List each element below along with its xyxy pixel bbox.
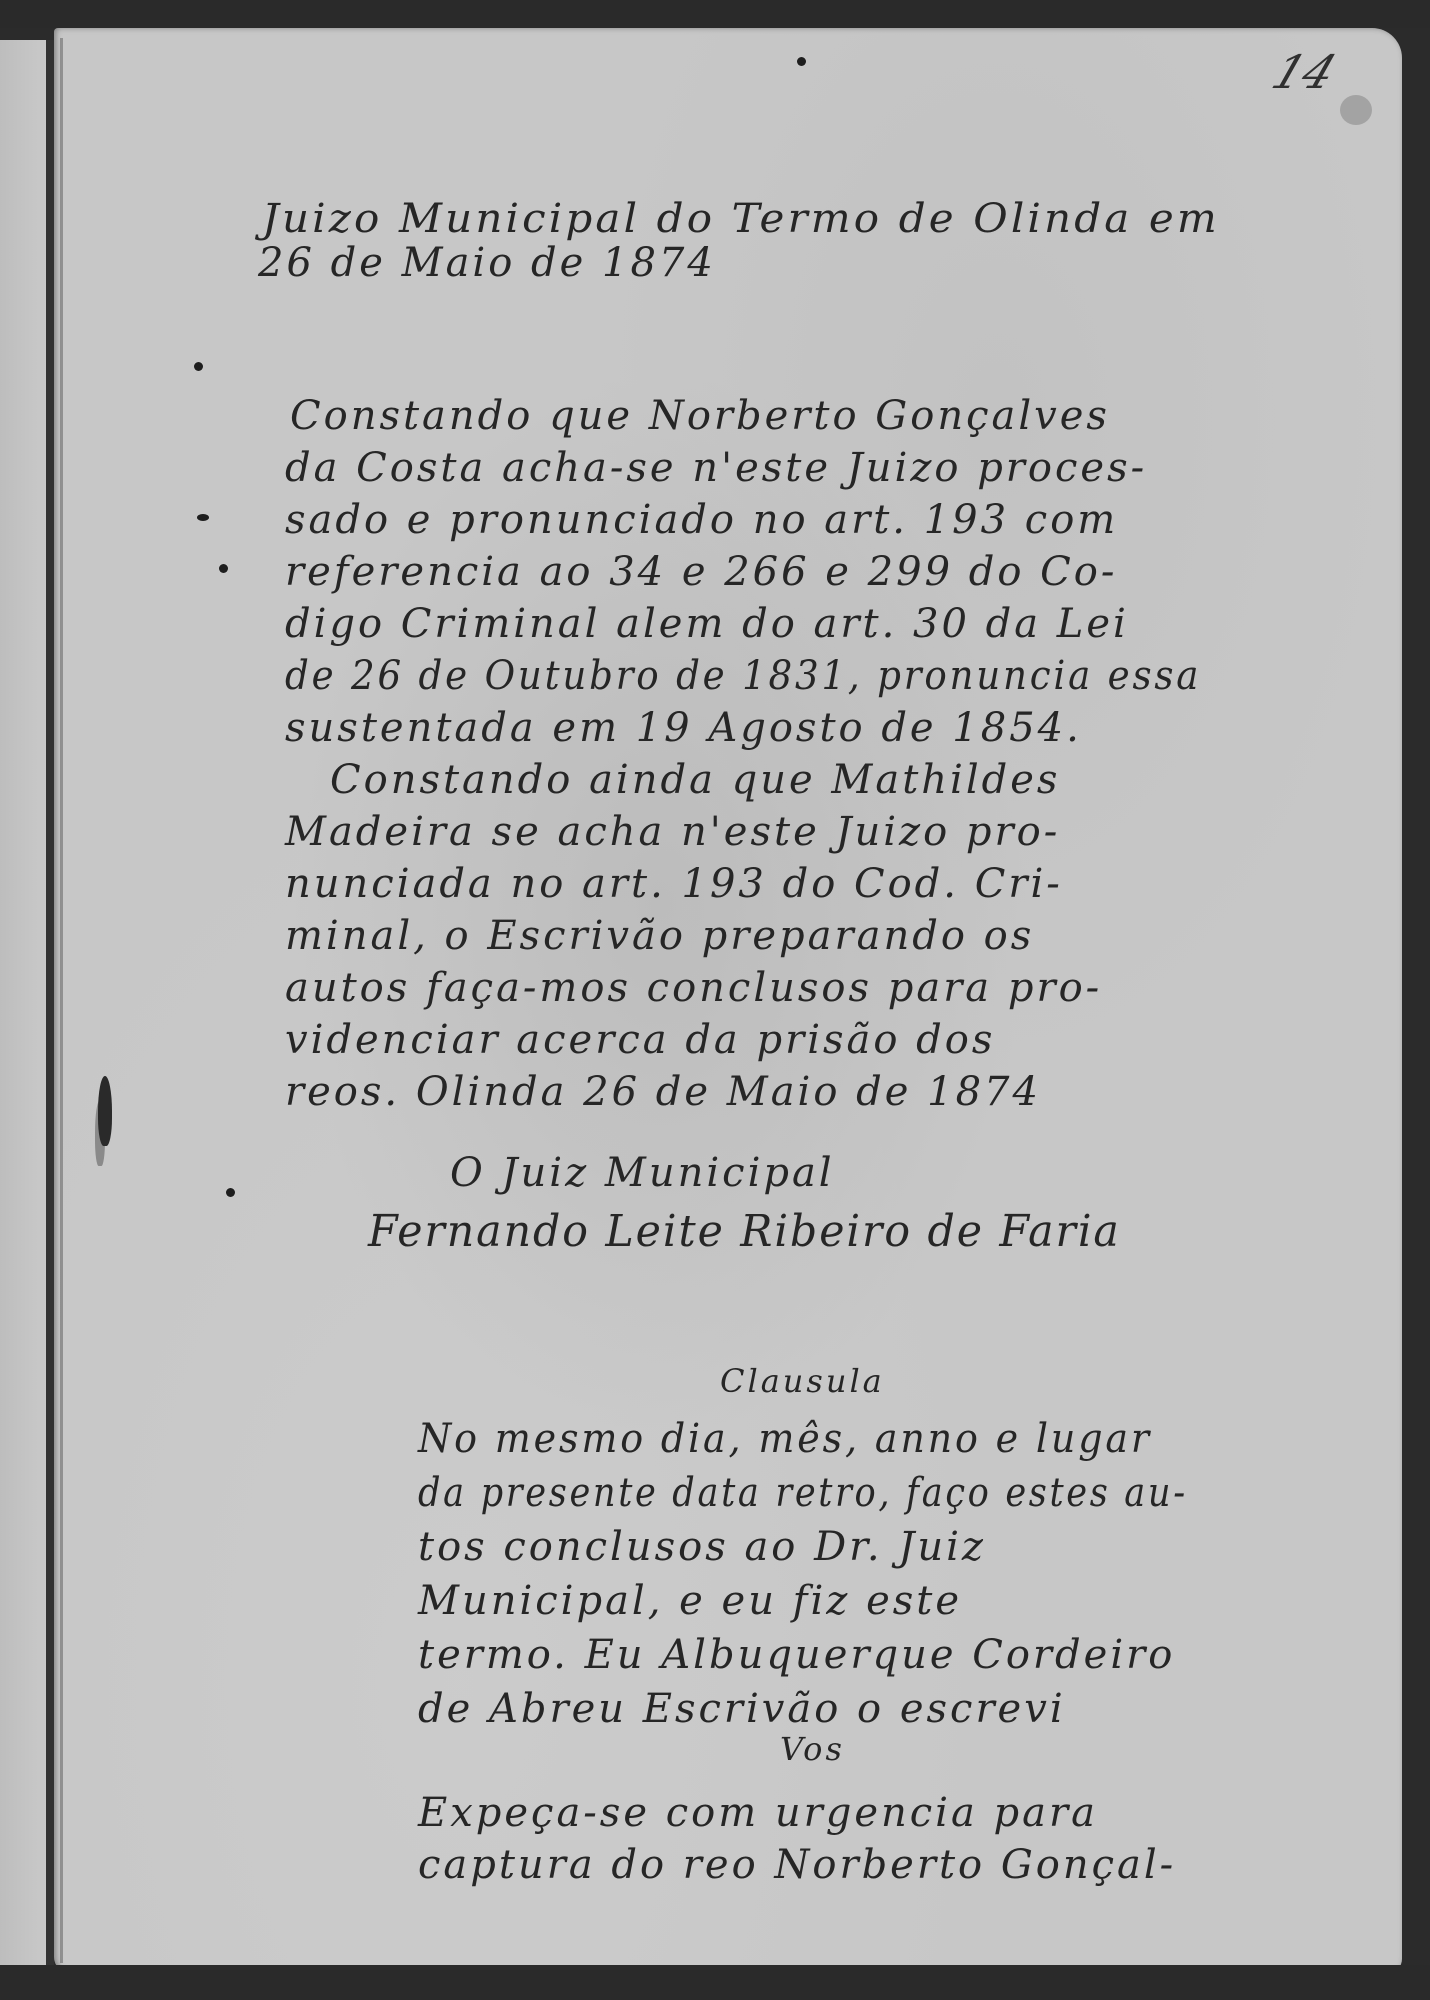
paragraph1-line: sustentada em 19 Agosto de 1854. xyxy=(285,705,1082,751)
term-line: termo. Eu Albuquerque Cordeiro xyxy=(418,1632,1175,1678)
heading-line-2: 26 de Maio de 1874 xyxy=(258,240,716,286)
paragraph2-line: Madeira se acha n'este Juizo pro- xyxy=(285,809,1060,855)
dark-smudge xyxy=(98,1076,112,1146)
term-line: da presente data retro, faço estes au- xyxy=(418,1470,1188,1516)
term-line: No mesmo dia, mês, anno e lugar xyxy=(418,1416,1152,1462)
paragraph1-line: de 26 de Outubro de 1831, pronuncia essa xyxy=(285,653,1201,699)
page-edge-shadow xyxy=(60,38,63,1963)
marginal-note: Vos xyxy=(780,1730,845,1768)
paragraph2-line: minal, o Escrivão preparando os xyxy=(285,913,1034,959)
paragraph2-line: reos. Olinda 26 de Maio de 1874 xyxy=(285,1069,1041,1115)
term-heading: Clausula xyxy=(720,1362,885,1400)
paragraph1-line: referencia ao 34 e 266 e 299 do Co- xyxy=(285,549,1117,595)
order-line: Expeça-se com urgencia para xyxy=(418,1790,1098,1836)
paragraph2-line: videnciar acerca da prisão dos xyxy=(285,1017,995,1063)
book-binding xyxy=(46,40,54,1965)
paragraph2-line: autos faça-mos conclusos para pro- xyxy=(285,965,1102,1011)
signature-name: Fernando Leite Ribeiro de Faria xyxy=(368,1206,1121,1257)
paragraph1-line: sado e pronunciado no art. 193 com xyxy=(285,497,1118,543)
paragraph1-line: digo Criminal alem do art. 30 da Lei xyxy=(285,601,1129,647)
signature-title: O Juiz Municipal xyxy=(450,1150,835,1196)
scan-background-bottom xyxy=(0,1965,1430,2000)
scan-background-top xyxy=(0,0,1430,28)
paragraph2-line: nunciada no art. 193 do Cod. Cri- xyxy=(285,861,1063,907)
previous-page-strip xyxy=(0,40,46,1965)
term-line: de Abreu Escrivão o escrevi xyxy=(418,1686,1066,1732)
heading-line-1: Juizo Municipal do Termo de Olinda em xyxy=(262,196,1220,242)
ink-dot xyxy=(797,57,806,66)
ink-dot xyxy=(219,564,228,573)
term-line: Municipal, e eu fiz este xyxy=(418,1578,962,1624)
order-line: captura do reo Norberto Gonçal- xyxy=(418,1842,1176,1888)
paragraph2-line: Constando ainda que Mathildes xyxy=(330,757,1060,803)
ink-dot xyxy=(226,1188,235,1197)
paragraph1-line: Constando que Norberto Gonçalves xyxy=(290,393,1110,439)
paper-stain xyxy=(1340,95,1372,125)
ink-dot xyxy=(194,362,203,371)
ink-mark xyxy=(197,514,209,521)
term-line: tos conclusos ao Dr. Juiz xyxy=(418,1524,986,1570)
paragraph1-line: da Costa acha-se n'este Juizo proces- xyxy=(285,445,1147,491)
